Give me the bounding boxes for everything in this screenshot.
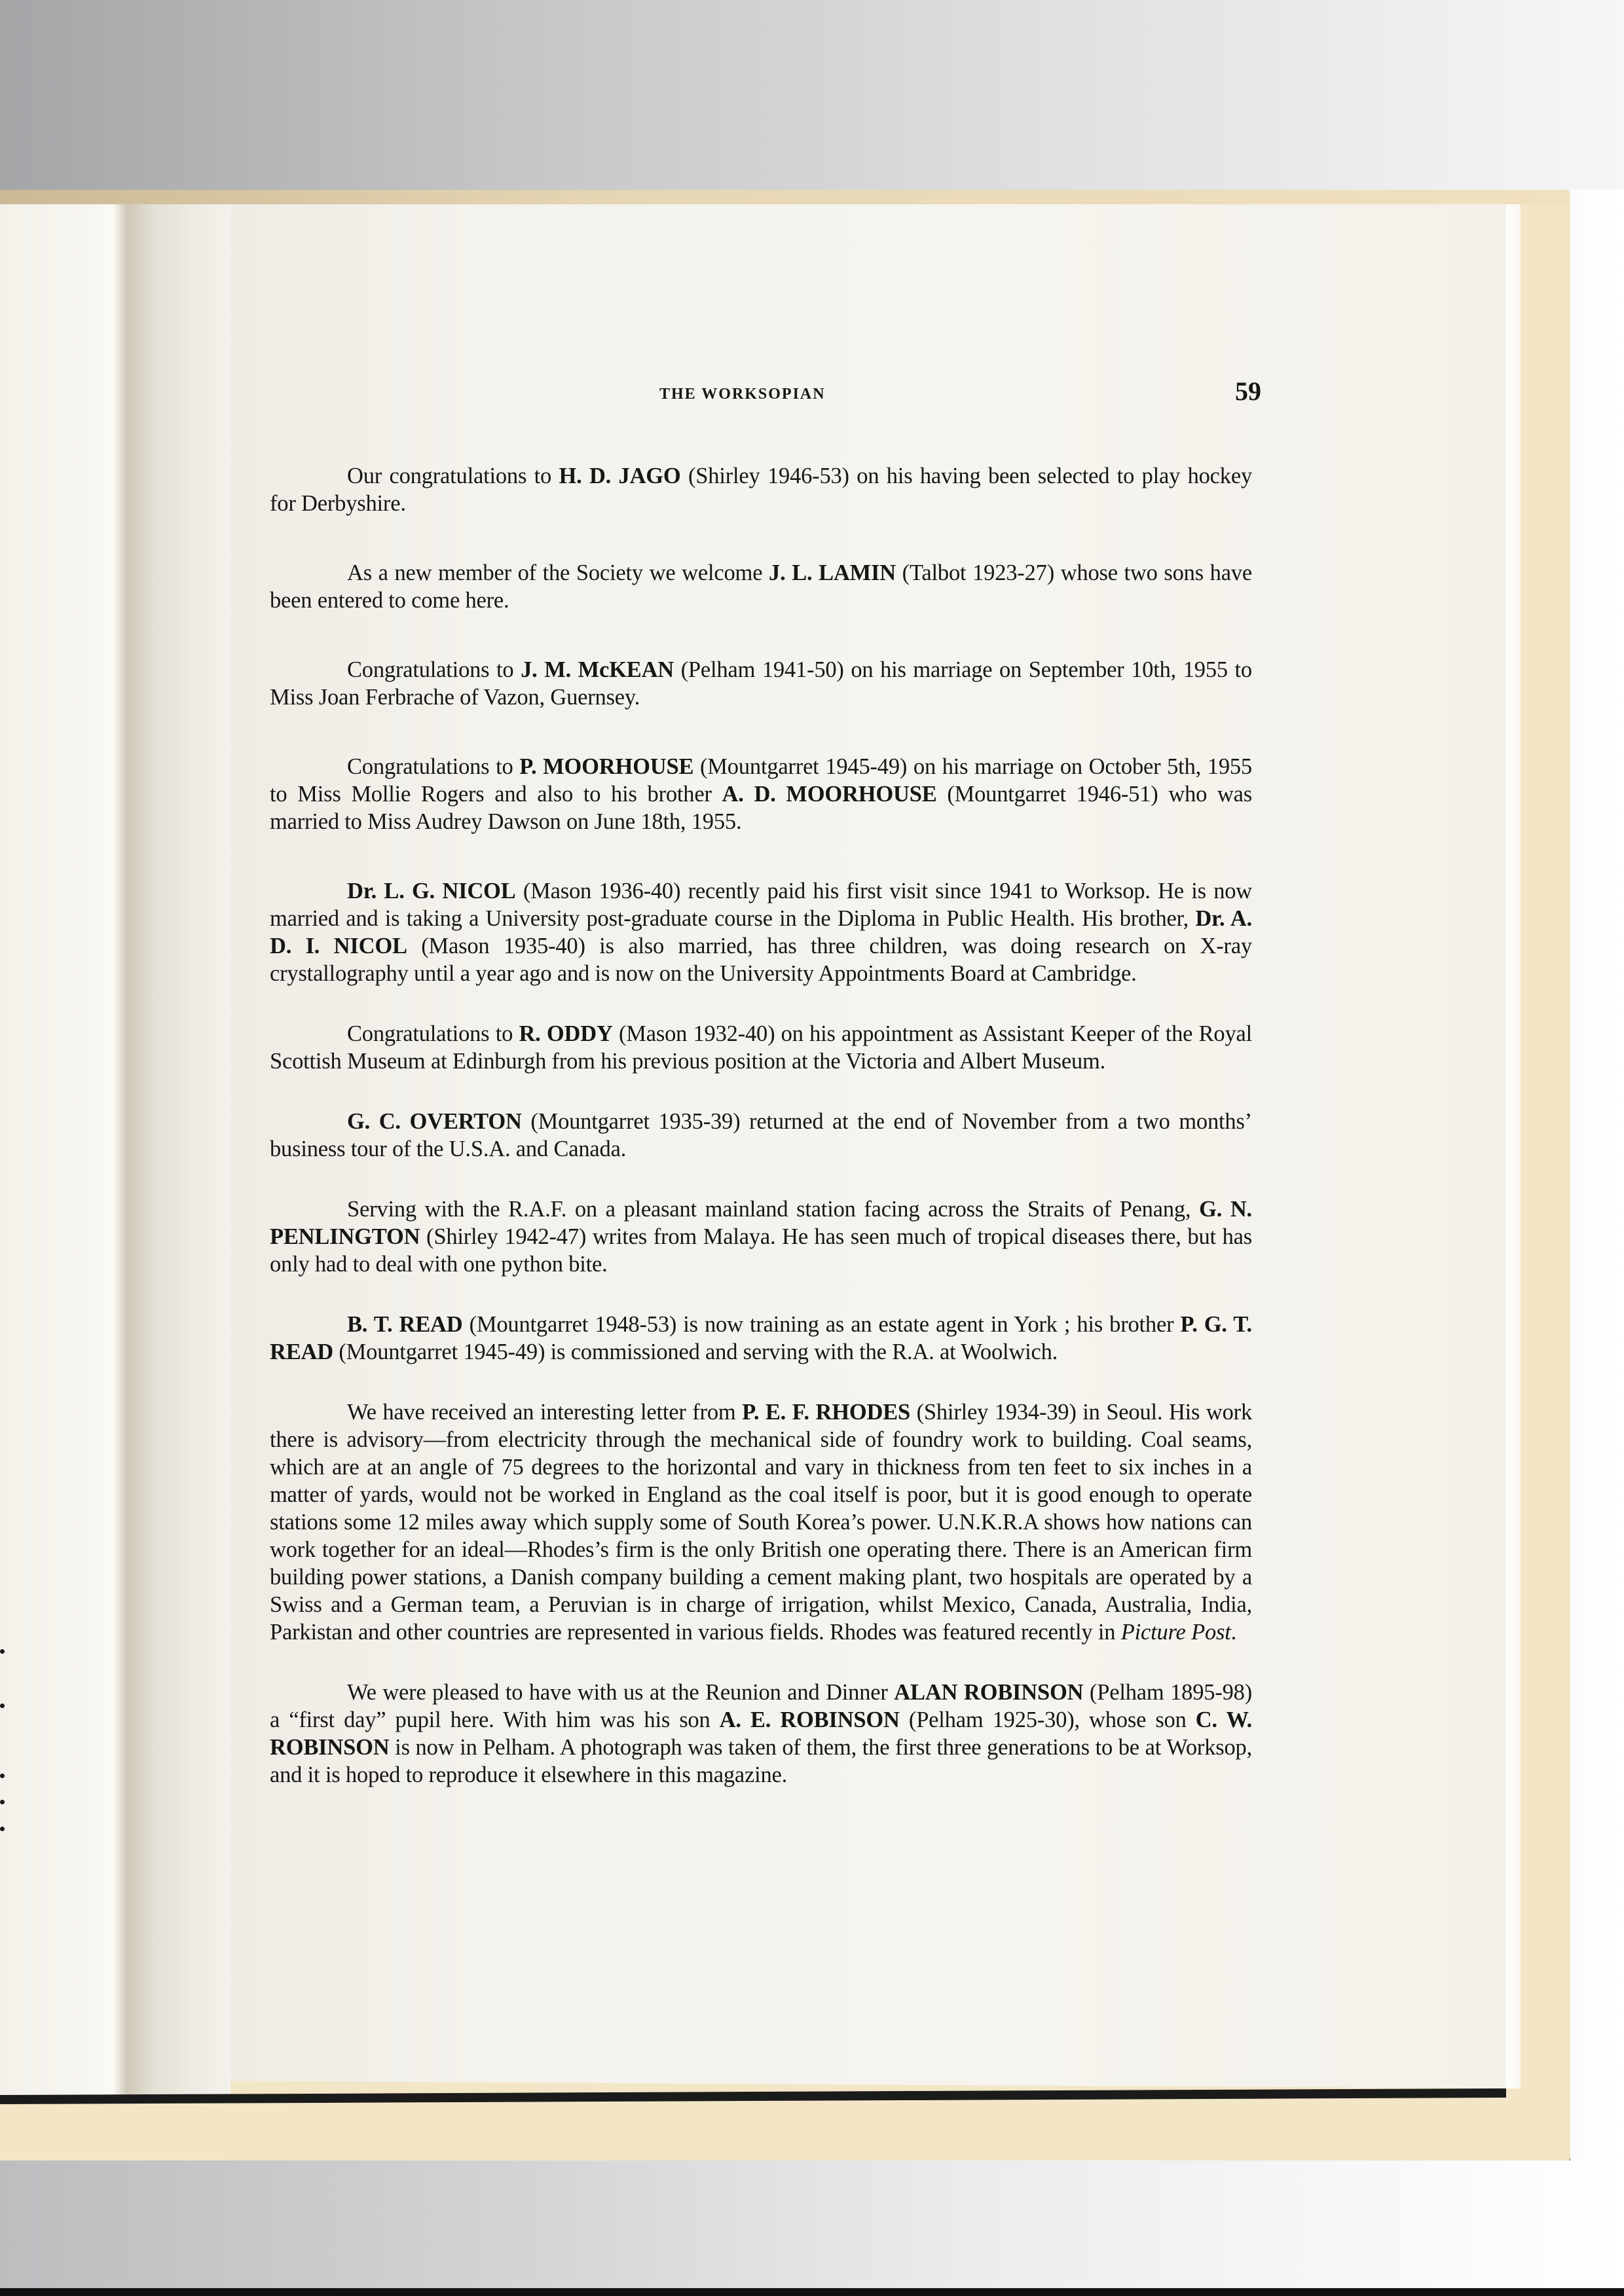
page-content: THE WORKSOPIAN 59 Our congratulations to… bbox=[270, 372, 1252, 1813]
paragraph-overton: G. C. OVERTON (Mountgarret 1935-39) retu… bbox=[270, 1108, 1252, 1163]
paragraph-robinson: We were pleased to have with us at the R… bbox=[270, 1679, 1252, 1789]
paragraph-moorhouse: Congratulations to P. MOORHOUSE (Mountga… bbox=[270, 753, 1252, 835]
person-name: H. D. JAGO bbox=[559, 464, 680, 488]
paragraph-text: We have received an interesting letter f… bbox=[347, 1400, 742, 1425]
person-name: Dr. L. G. NICOL bbox=[347, 879, 516, 903]
paragraph-nicol: Dr. L. G. NICOL (Mason 1936-40) recently… bbox=[270, 877, 1252, 987]
person-name: ALAN ROBINSON bbox=[894, 1680, 1083, 1705]
paragraph-text: (Shirley 1934-39) in Seoul. His work the… bbox=[270, 1400, 1252, 1645]
page-number: 59 bbox=[1235, 376, 1261, 407]
person-name: R. ODDY bbox=[519, 1021, 612, 1046]
paragraph-text: (Mason 1935-40) is also married, has thr… bbox=[270, 934, 1252, 986]
person-name: A. D. MOORHOUSE bbox=[722, 782, 937, 807]
paragraph-text: Congratulations to bbox=[347, 754, 519, 779]
paragraph-text: (Mountgarret 1948-53) is now training as… bbox=[463, 1312, 1181, 1337]
bleed-mark bbox=[0, 1649, 5, 1654]
paragraph-oddy: Congratulations to R. ODDY (Mason 1932-4… bbox=[270, 1020, 1252, 1075]
book-gutter-shadow bbox=[113, 204, 231, 2095]
person-name: P. MOORHOUSE bbox=[519, 754, 693, 779]
publication-title: Picture Post bbox=[1121, 1620, 1231, 1645]
paragraph-jago: Our congratulations to H. D. JAGO (Shirl… bbox=[270, 462, 1252, 517]
person-name: A. E. ROBINSON bbox=[720, 1707, 900, 1732]
running-head: THE WORKSOPIAN 59 bbox=[270, 372, 1252, 411]
person-name: P. E. F. RHODES bbox=[742, 1400, 910, 1425]
news-paragraphs: Our congratulations to H. D. JAGO (Shirl… bbox=[270, 462, 1252, 1789]
person-name: J. M. McKEAN bbox=[521, 657, 674, 682]
paragraph-text: (Pelham 1925-30), whose son bbox=[900, 1707, 1196, 1732]
paragraph-lamin: As a new member of the Society we welcom… bbox=[270, 559, 1252, 614]
scanner-background-bottom bbox=[0, 2160, 1624, 2296]
scanner-bottom-border bbox=[0, 2288, 1624, 2296]
paragraph-read: B. T. READ (Mountgarret 1948-53) is now … bbox=[270, 1311, 1252, 1366]
paragraph-penlington: Serving with the R.A.F. on a pleasant ma… bbox=[270, 1195, 1252, 1278]
scanner-background-top bbox=[0, 0, 1624, 190]
facing-page-left bbox=[0, 204, 115, 2095]
paragraph-text: . bbox=[1231, 1620, 1236, 1645]
paragraph-text: We were pleased to have with us at the R… bbox=[347, 1680, 894, 1705]
bleed-mark bbox=[0, 1800, 5, 1804]
journal-title: THE WORKSOPIAN bbox=[659, 386, 826, 403]
paragraph-mckean: Congratulations to J. M. McKEAN (Pelham … bbox=[270, 656, 1252, 711]
paragraph-text: As a new member of the Society we welcom… bbox=[347, 560, 769, 585]
bleed-mark bbox=[0, 1774, 5, 1778]
paragraph-text: Congratulations to bbox=[347, 657, 521, 682]
paragraph-text: Serving with the R.A.F. on a pleasant ma… bbox=[347, 1197, 1199, 1222]
paragraph-text: Congratulations to bbox=[347, 1021, 519, 1046]
paragraph-rhodes: We have received an interesting letter f… bbox=[270, 1398, 1252, 1646]
cover-top-strip bbox=[0, 190, 1568, 204]
bleed-mark bbox=[0, 1704, 5, 1708]
person-name: J. L. LAMIN bbox=[769, 560, 896, 585]
paragraph-text: is now in Pelham. A photograph was taken… bbox=[270, 1735, 1252, 1787]
bleed-mark bbox=[0, 1827, 5, 1831]
person-name: B. T. READ bbox=[347, 1312, 463, 1337]
paragraph-text: (Mountgarret 1945-49) is commissioned an… bbox=[333, 1339, 1058, 1364]
paragraph-text: Our congratulations to bbox=[347, 464, 559, 488]
page-right-edge bbox=[1506, 204, 1521, 2088]
person-name: G. C. OVERTON bbox=[347, 1109, 522, 1134]
